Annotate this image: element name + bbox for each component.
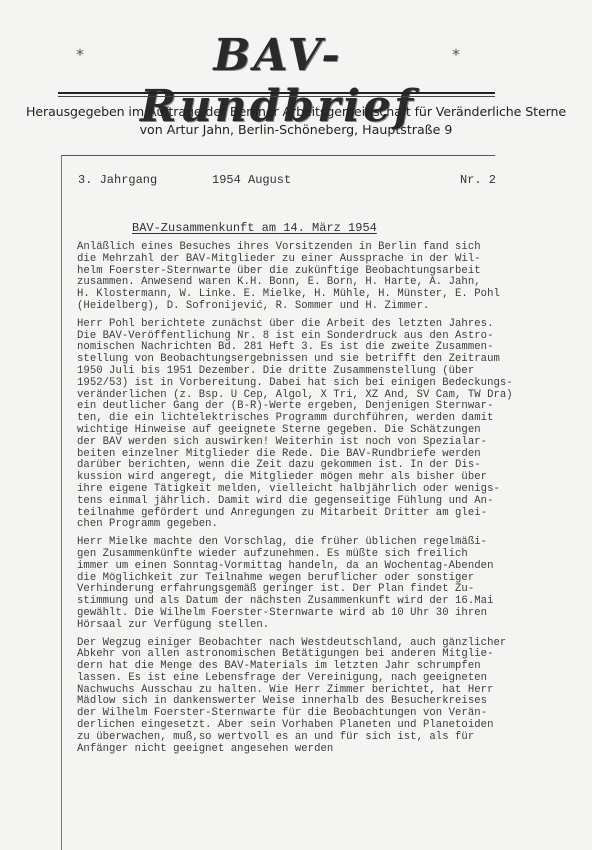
content-frame-top-border: [62, 155, 495, 156]
editor-address-line: von Artur Jahn, Berlin-Schöneberg, Haupt…: [0, 122, 592, 137]
star-ornament-left-icon: *: [76, 45, 84, 64]
text-line: wichtige Hinweise auf geeignete Sterne g…: [77, 425, 587, 437]
text-line: chen Programm gegeben.: [77, 519, 587, 531]
masthead-rule-thin: [58, 96, 495, 97]
article-heading: BAV-Zusammenkunft am 14. März 1954: [132, 221, 377, 235]
issue-date: 1954 August: [212, 173, 291, 187]
paragraph-mielke-proposal: Herr Mielke machte den Vorschlag, die fr…: [77, 537, 587, 631]
paragraph-attendance: Anläßlich eines Besuches ihres Vorsitzen…: [77, 242, 587, 313]
text-line: zu überwachen, muß,so wertvoll es an und…: [77, 732, 587, 744]
issue-volume: 3. Jahrgang: [78, 173, 157, 187]
content-frame-left-border: [61, 155, 62, 850]
text-line: 1950 Juli bis 1951 Dezember. Die dritte …: [77, 366, 587, 378]
text-line: der BAV werden sich auswirken! Weiterhin…: [77, 437, 587, 449]
paragraph-pohl-report: Herr Pohl berichtete zunächst über die A…: [77, 319, 587, 531]
star-ornament-right-icon: *: [452, 45, 460, 64]
text-line: die Mehrzahl der BAV-Mitglieder zu einer…: [77, 254, 587, 266]
paragraph-membership-decline: Der Wegzug einiger Beobachter nach Westd…: [77, 638, 587, 756]
text-line: Anfänger nicht geeignet angesehen werden: [77, 744, 587, 756]
text-line: Hörsaal zur Verfügung stellen.: [77, 620, 587, 632]
text-line: lassen. Es ist eine Lebensfrage der Vere…: [77, 673, 587, 685]
text-line: immer um einen Sonntag-Vormittag handeln…: [77, 561, 587, 573]
text-line: ihre eigene Tätigkeit melden, vielleicht…: [77, 484, 587, 496]
publisher-line: Herausgegeben im Auftrage der Berliner A…: [0, 104, 592, 119]
masthead: * BAV-Rundbrief * Herausgegeben im Auftr…: [0, 0, 592, 100]
text-line: Herr Pohl berichtete zunächst über die A…: [77, 319, 587, 331]
text-line: 1952/53) ist in Vorbereitung. Dabei hat …: [77, 378, 587, 390]
article-body: Anläßlich eines Besuches ihres Vorsitzen…: [77, 242, 587, 761]
text-line: tens einmal jährlich. Damit wird die geg…: [77, 496, 587, 508]
issue-number: Nr. 2: [460, 173, 496, 187]
text-line: gen Zusammenkünfte wieder aufzunehmen. E…: [77, 549, 587, 561]
text-line: (Heidelberg), D. Sofronijević, R. Sommer…: [77, 301, 587, 313]
masthead-rule-thick: [58, 92, 495, 94]
text-line: gewählt. Die Wilhelm Foerster-Sternwarte…: [77, 608, 587, 620]
